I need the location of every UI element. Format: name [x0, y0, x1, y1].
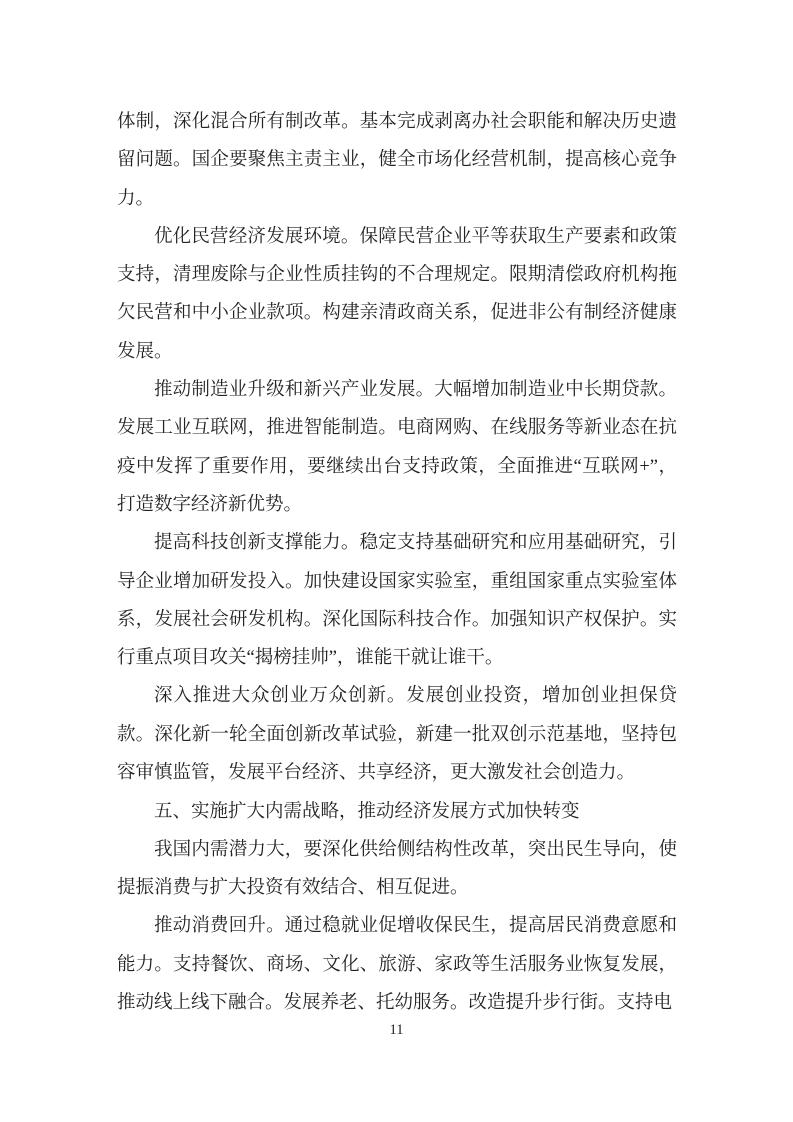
paragraph: 优化民营经济发展环境。保障民营企业平等获取生产要素和政策支持，清理废除与企业性质…: [117, 218, 677, 371]
document-page: 体制，深化混合所有制改革。基本完成剥离办社会职能和解决历史遗留问题。国企要聚焦主…: [0, 0, 793, 1122]
document-body: 体制，深化混合所有制改革。基本完成剥离办社会职能和解决历史遗留问题。国企要聚焦主…: [117, 103, 677, 1022]
section-heading: 五、实施扩大内需战略，推动经济发展方式加快转变: [117, 792, 677, 830]
paragraph: 体制，深化混合所有制改革。基本完成剥离办社会职能和解决历史遗留问题。国企要聚焦主…: [117, 103, 677, 218]
paragraph: 推动消费回升。通过稳就业促增收保民生，提高居民消费意愿和能力。支持餐饮、商场、文…: [117, 907, 677, 1022]
paragraph: 推动制造业升级和新兴产业发展。大幅增加制造业中长期贷款。发展工业互联网，推进智能…: [117, 371, 677, 524]
page-number: 11: [390, 1022, 404, 1038]
paragraph: 深入推进大众创业万众创新。发展创业投资，增加创业担保贷款。深化新一轮全面创新改革…: [117, 677, 677, 792]
paragraph: 我国内需潜力大，要深化供给侧结构性改革，突出民生导向，使提振消费与扩大投资有效结…: [117, 831, 677, 908]
paragraph: 提高科技创新支撑能力。稳定支持基础研究和应用基础研究，引导企业增加研发投入。加快…: [117, 524, 677, 677]
page-footer: 11: [0, 1021, 793, 1039]
